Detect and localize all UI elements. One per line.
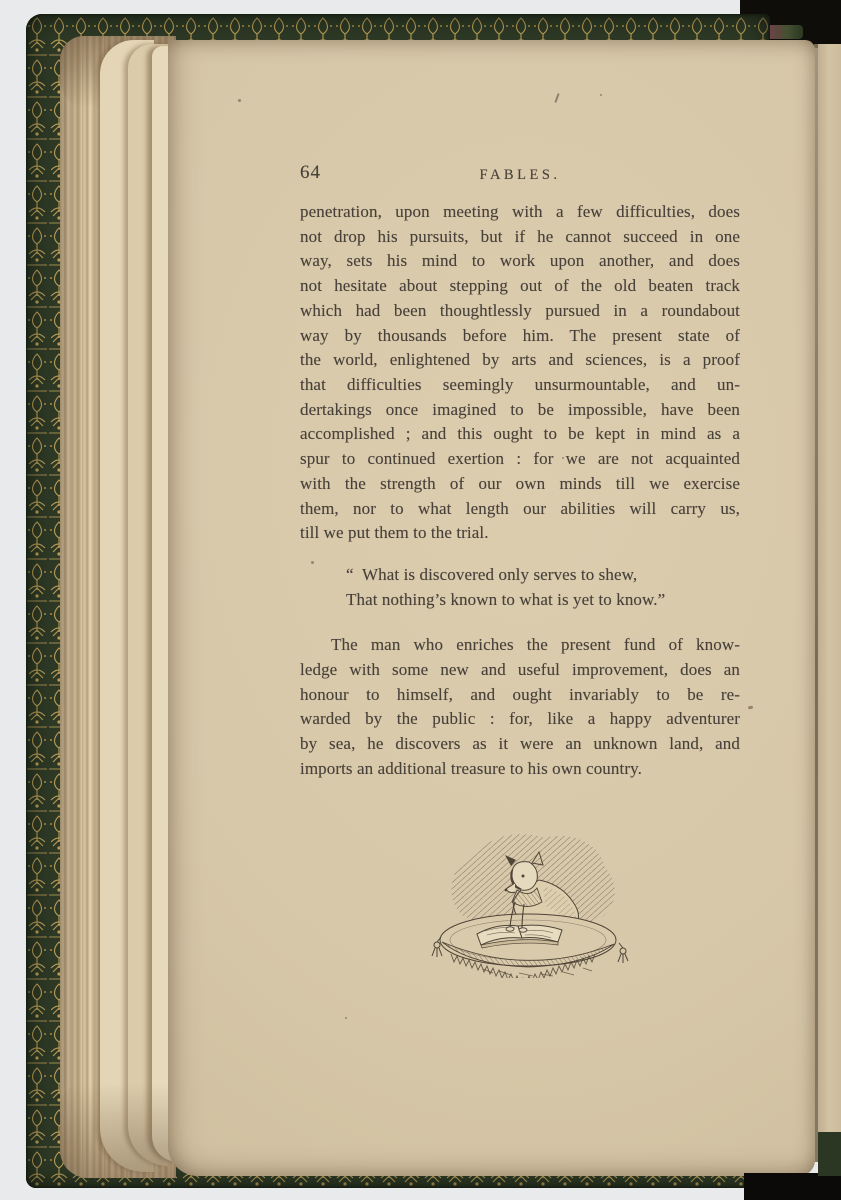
text-line: which had been thoughtlessly pursued in … <box>300 301 740 326</box>
text-line: till we put them to the trial. <box>300 523 740 548</box>
facing-cover-edge <box>818 1132 841 1176</box>
foxing-spot <box>600 94 602 96</box>
dog-eye <box>522 874 525 877</box>
text-line: spur to continued exertion : for we are … <box>300 449 740 474</box>
text-line: “ What is discovered only serves to shew… <box>346 565 740 590</box>
text-line: accomplished ; and this ought to be kept… <box>300 424 740 449</box>
page-fore-edges <box>60 36 176 1178</box>
background-corner-bottom-right <box>744 1173 841 1200</box>
text-line: honour to himself, and ought invariably … <box>300 685 740 710</box>
text-line: them, nor to what length our abilities w… <box>300 499 740 524</box>
text-line: dertakings once imagined to be impossibl… <box>300 400 740 425</box>
engraving-dog-on-cushion <box>425 828 640 978</box>
text-line: The man who enriches the present fund of… <box>300 635 740 660</box>
text-line: the world, enlightened by arts and scien… <box>300 350 740 375</box>
text-line: way by thousands before him. The present… <box>300 326 740 351</box>
verse-quote: “ What is discovered only serves to shew… <box>346 565 740 614</box>
paragraph: The man who enriches the present fund of… <box>300 635 740 783</box>
text-line: way, sets his mind to work upon another,… <box>300 251 740 276</box>
running-title: FABLES. <box>300 167 740 184</box>
foxing-spot <box>554 93 559 103</box>
text-line: That nothing’s known to what is yet to k… <box>346 590 740 615</box>
text-line: by sea, he discovers as it were an unkno… <box>300 734 740 759</box>
book-page: 64 FABLES. penetration, upon meeting wit… <box>168 40 815 1176</box>
text-line: imports an additional treasure to his ow… <box>300 759 740 784</box>
text-line: that difficulties seemingly unsurmountab… <box>300 375 740 400</box>
dog-nose <box>505 888 508 891</box>
foxing-spot <box>345 1017 347 1019</box>
paragraph: penetration, upon meeting with a few dif… <box>300 202 740 548</box>
text-line: ledge with some new and useful improveme… <box>300 660 740 685</box>
text-line: warded by the public : for, like a happy… <box>300 709 740 734</box>
text-line: penetration, upon meeting with a few dif… <box>300 202 740 227</box>
printed-content: 64 FABLES. penetration, upon meeting wit… <box>300 164 740 978</box>
text-line: not hesitate about stepping out of the o… <box>300 276 740 301</box>
foxing-spot <box>238 99 241 102</box>
body-text: penetration, upon meeting with a few dif… <box>300 202 740 784</box>
facing-page-sliver <box>818 44 841 1162</box>
text-line: with the strength of our own minds till … <box>300 474 740 499</box>
text-line: not drop his pursuits, but if he cannot … <box>300 227 740 252</box>
foxing-spot <box>748 706 754 710</box>
page-header: 64 FABLES. <box>300 164 740 192</box>
book-photo: 64 FABLES. penetration, upon meeting wit… <box>0 0 841 1200</box>
